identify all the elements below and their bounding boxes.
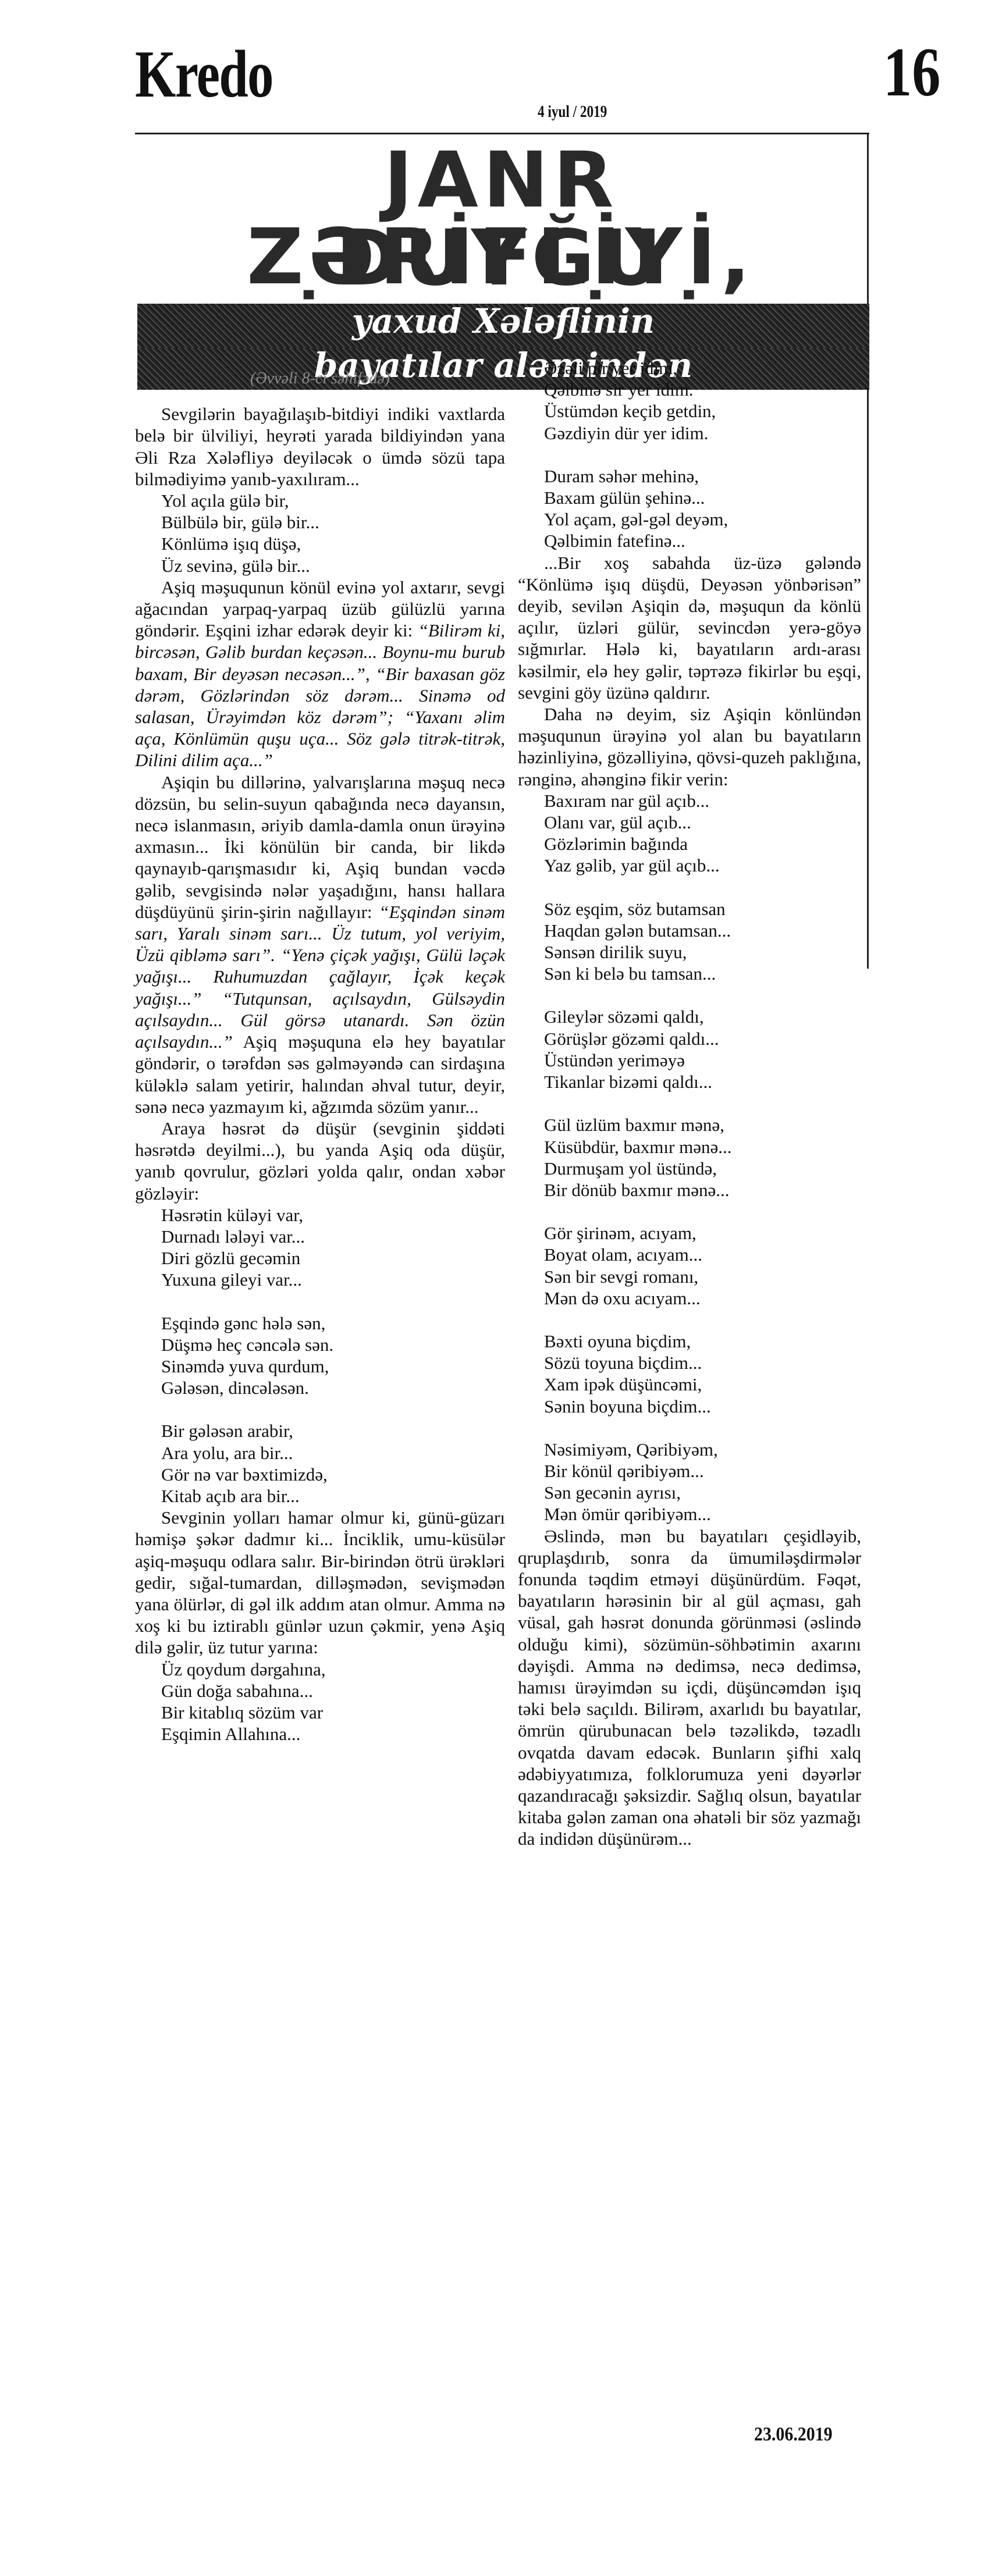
verse-line: Eşqində gənc hələ sən,: [161, 1312, 505, 1334]
article-column-left: (Əvvəli 8-ci səhifədə) Sevgilərin bayağı…: [135, 368, 505, 1745]
verse-line: Eşqimin Allahına...: [161, 1723, 505, 1745]
verse-line: Yol açam, gəl-gəl deyəm,: [544, 508, 861, 530]
stanza-gap: [518, 877, 861, 898]
verse-line: Tikanlar bizəmi qaldı...: [544, 1071, 861, 1093]
verse-line: Sən ki belə bu tamsan...: [544, 963, 861, 984]
bayati-verse: Bir gələsən arabir, Ara yolu, ara bir...…: [161, 1420, 505, 1507]
bayati-verse: Baxıram nar gül açıb... Olanı var, gül a…: [544, 790, 861, 877]
verse-line: Görüşlər gözəmi qaldı...: [544, 1028, 861, 1049]
verse-line: Yaz gəlib, yar gül açıb...: [544, 855, 861, 876]
verse-line: Könlümə işıq düşə,: [161, 533, 505, 554]
bayati-verse: Əzəli pir yer idim, Qəlbinə sir yer idim…: [544, 357, 861, 444]
quoted-bayati: “Bilirəm ki, bircəsən, Gəlib burdan keçə…: [135, 620, 505, 770]
verse-line: Durnadı lələyi var...: [161, 1226, 505, 1247]
signature-date: 23.06.2019: [754, 2424, 833, 2446]
paragraph: Aşiqin bu dillərinə, yalvarışlarına məşu…: [135, 771, 505, 1118]
verse-line: Söz eşqim, söz butamsan: [544, 898, 861, 920]
bayati-verse: Həsrətin küləyi var, Durnadı lələyi var.…: [161, 1204, 505, 1291]
verse-line: Gözlərimin bağında: [544, 833, 861, 855]
verse-line: Bir gələsən arabir,: [161, 1420, 505, 1442]
verse-line: Boyat olam, acıyam...: [544, 1244, 861, 1265]
paragraph: Aşiq məşuqunun könül evinə yol axtarır, …: [135, 577, 505, 771]
stanza-gap: [518, 444, 861, 465]
stanza-gap: [518, 1201, 861, 1222]
verse-line: Haqdan gələn butamsan...: [544, 920, 861, 941]
verse-line: Xam ipək düşüncəmi,: [544, 1374, 861, 1395]
verse-line: Üstündən yeriməyə: [544, 1049, 861, 1071]
verse-line: Duram səhər mehinə,: [544, 465, 861, 487]
paragraph: Sevginin yolları hamar olmur ki, günü-gü…: [135, 1507, 505, 1658]
bayati-verse: Duram səhər mehinə, Baxam gülün şehinə..…: [544, 465, 861, 552]
verse-line: Küsübdür, baxmır mənə...: [544, 1136, 861, 1158]
verse-line: Yuxuna gileyi var...: [161, 1269, 505, 1290]
bayati-verse: Gör şirinəm, acıyam, Boyat olam, acıyam.…: [544, 1222, 861, 1309]
verse-line: Gəzdiyin dür yer idim.: [544, 422, 861, 444]
bayati-verse: Üz qoydum dərgahına, Gün doğa sabahına..…: [161, 1659, 505, 1745]
paragraph: Əslində, mən bu bayatıları çeşidləyib, q…: [518, 1525, 861, 1850]
verse-line: Üz sevinə, gülə bir...: [161, 555, 505, 577]
verse-line: Həsrətin küləyi var,: [161, 1204, 505, 1226]
verse-line: Yol açıla gülə bir,: [161, 490, 505, 511]
article-column-right: Əzəli pir yer idim, Qəlbinə sir yer idim…: [518, 357, 861, 1850]
paragraph: Daha nə deyim, siz Aşiqin könlündən məşu…: [518, 703, 861, 790]
verse-line: Gül üzlüm baxmır mənə,: [544, 1114, 861, 1136]
verse-line: Qəlbimin fatefinə...: [544, 530, 861, 552]
verse-line: Üz qoydum dərgahına,: [161, 1659, 505, 1680]
bayati-verse: Eşqində gənc hələ sən, Düşmə heç cəncələ…: [161, 1312, 505, 1399]
verse-line: Baxıram nar gül açıb...: [544, 790, 861, 812]
verse-line: Nəsimiyəm, Qəribiyəm,: [544, 1439, 861, 1460]
masthead-issue-date: 4 iyul / 2019: [538, 102, 607, 122]
verse-line: Sən gecənin ayrısı,: [544, 1482, 861, 1503]
verse-line: Sənsən dirilik suyu,: [544, 941, 861, 963]
paragraph: Araya həsrət də düşür (sevginin şiddəti …: [135, 1118, 505, 1204]
stanza-gap: [518, 984, 861, 1006]
bayati-verse: Bəxti oyuna biçdim, Sözü toyuna biçdim..…: [544, 1330, 861, 1417]
paragraph: ...Bir xoş sabahda üz-üzə gələndə “Könlü…: [518, 552, 861, 703]
stanza-gap: [135, 1399, 505, 1420]
verse-line: Mən də oxu acıyam...: [544, 1287, 861, 1309]
verse-line: Bir dönüb baxmır mənə...: [544, 1179, 861, 1201]
subheadline-line-1: yaxud Xələflinin: [352, 304, 655, 341]
stanza-gap: [518, 1309, 861, 1330]
verse-line: Ara yolu, ara bir...: [161, 1442, 505, 1464]
verse-line: Kitab açıb ara bir...: [161, 1485, 505, 1507]
verse-line: Gileylər sözəmi qaldı,: [544, 1006, 861, 1027]
article-frame-top-rule: [135, 133, 869, 134]
verse-line: Gör nə var bəxtimizdə,: [161, 1464, 505, 1485]
verse-line: Gör şirinəm, acıyam,: [544, 1222, 861, 1244]
bayati-verse: Nəsimiyəm, Qəribiyəm, Bir könül qəribiyə…: [544, 1439, 861, 1525]
subheadline-band-1: yaxud Xələflinin: [137, 304, 869, 348]
verse-line: Diri gözlü gecəmin: [161, 1247, 505, 1269]
stanza-gap: [518, 1093, 861, 1114]
verse-line: Sözü toyuna biçdim...: [544, 1352, 861, 1374]
paragraph: Sevgilərin bayağılaşıb-bitdiyi indiki va…: [135, 403, 505, 490]
verse-line: Bir kitablıq sözüm var: [161, 1702, 505, 1723]
bayati-verse: Yol açıla gülə bir, Bülbülə bir, gülə bi…: [161, 490, 505, 577]
verse-line: Baxam gülün şehinə...: [544, 487, 861, 508]
verse-line: Durmuşam yol üstündə,: [544, 1158, 861, 1179]
stanza-gap: [518, 1417, 861, 1439]
masthead-publication: Kredo: [135, 41, 273, 108]
verse-line: Sinəmdə yuva qurdum,: [161, 1355, 505, 1377]
verse-line: Bülbülə bir, gülə bir...: [161, 511, 505, 533]
paragraph-text: Aşiqin bu dillərinə, yalvarışlarına məşu…: [135, 772, 505, 922]
verse-line: Sən bir sevgi romanı,: [544, 1266, 861, 1287]
verse-line: Bir könül qəribiyəm...: [544, 1460, 861, 1482]
bayati-verse: Gileylər sözəmi qaldı, Görüşlər gözəmi q…: [544, 1006, 861, 1093]
bayati-verse: Gül üzlüm baxmır mənə, Küsübdür, baxmır …: [544, 1114, 861, 1201]
verse-line: Mən ömür qəribiyəm...: [544, 1503, 861, 1525]
stanza-gap: [135, 1291, 505, 1312]
verse-line: Olanı var, gül açıb...: [544, 812, 861, 833]
verse-line: Üstümdən keçib getdin,: [544, 400, 861, 422]
verse-line: Əzəli pir yer idim,: [544, 357, 861, 379]
verse-line: Bəxti oyuna biçdim,: [544, 1330, 861, 1352]
verse-line: Gün doğa sabahına...: [161, 1680, 505, 1702]
continuation-note: (Əvvəli 8-ci səhifədə): [135, 368, 505, 389]
quoted-bayati: “Eşqindən sinəm sarı, Yaralı sinəm sarı.…: [135, 902, 505, 1052]
verse-line: Sənin boyuna biçdim...: [544, 1396, 861, 1417]
verse-line: Düşmə heç cəncələ sən.: [161, 1334, 505, 1355]
bayati-verse: Söz eşqim, söz butamsan Haqdan gələn but…: [544, 898, 861, 985]
masthead-page-number: 16: [883, 37, 940, 107]
verse-line: Gələsən, dincələsən.: [161, 1377, 505, 1399]
verse-line: Qəlbinə sir yer idim.: [544, 379, 861, 400]
